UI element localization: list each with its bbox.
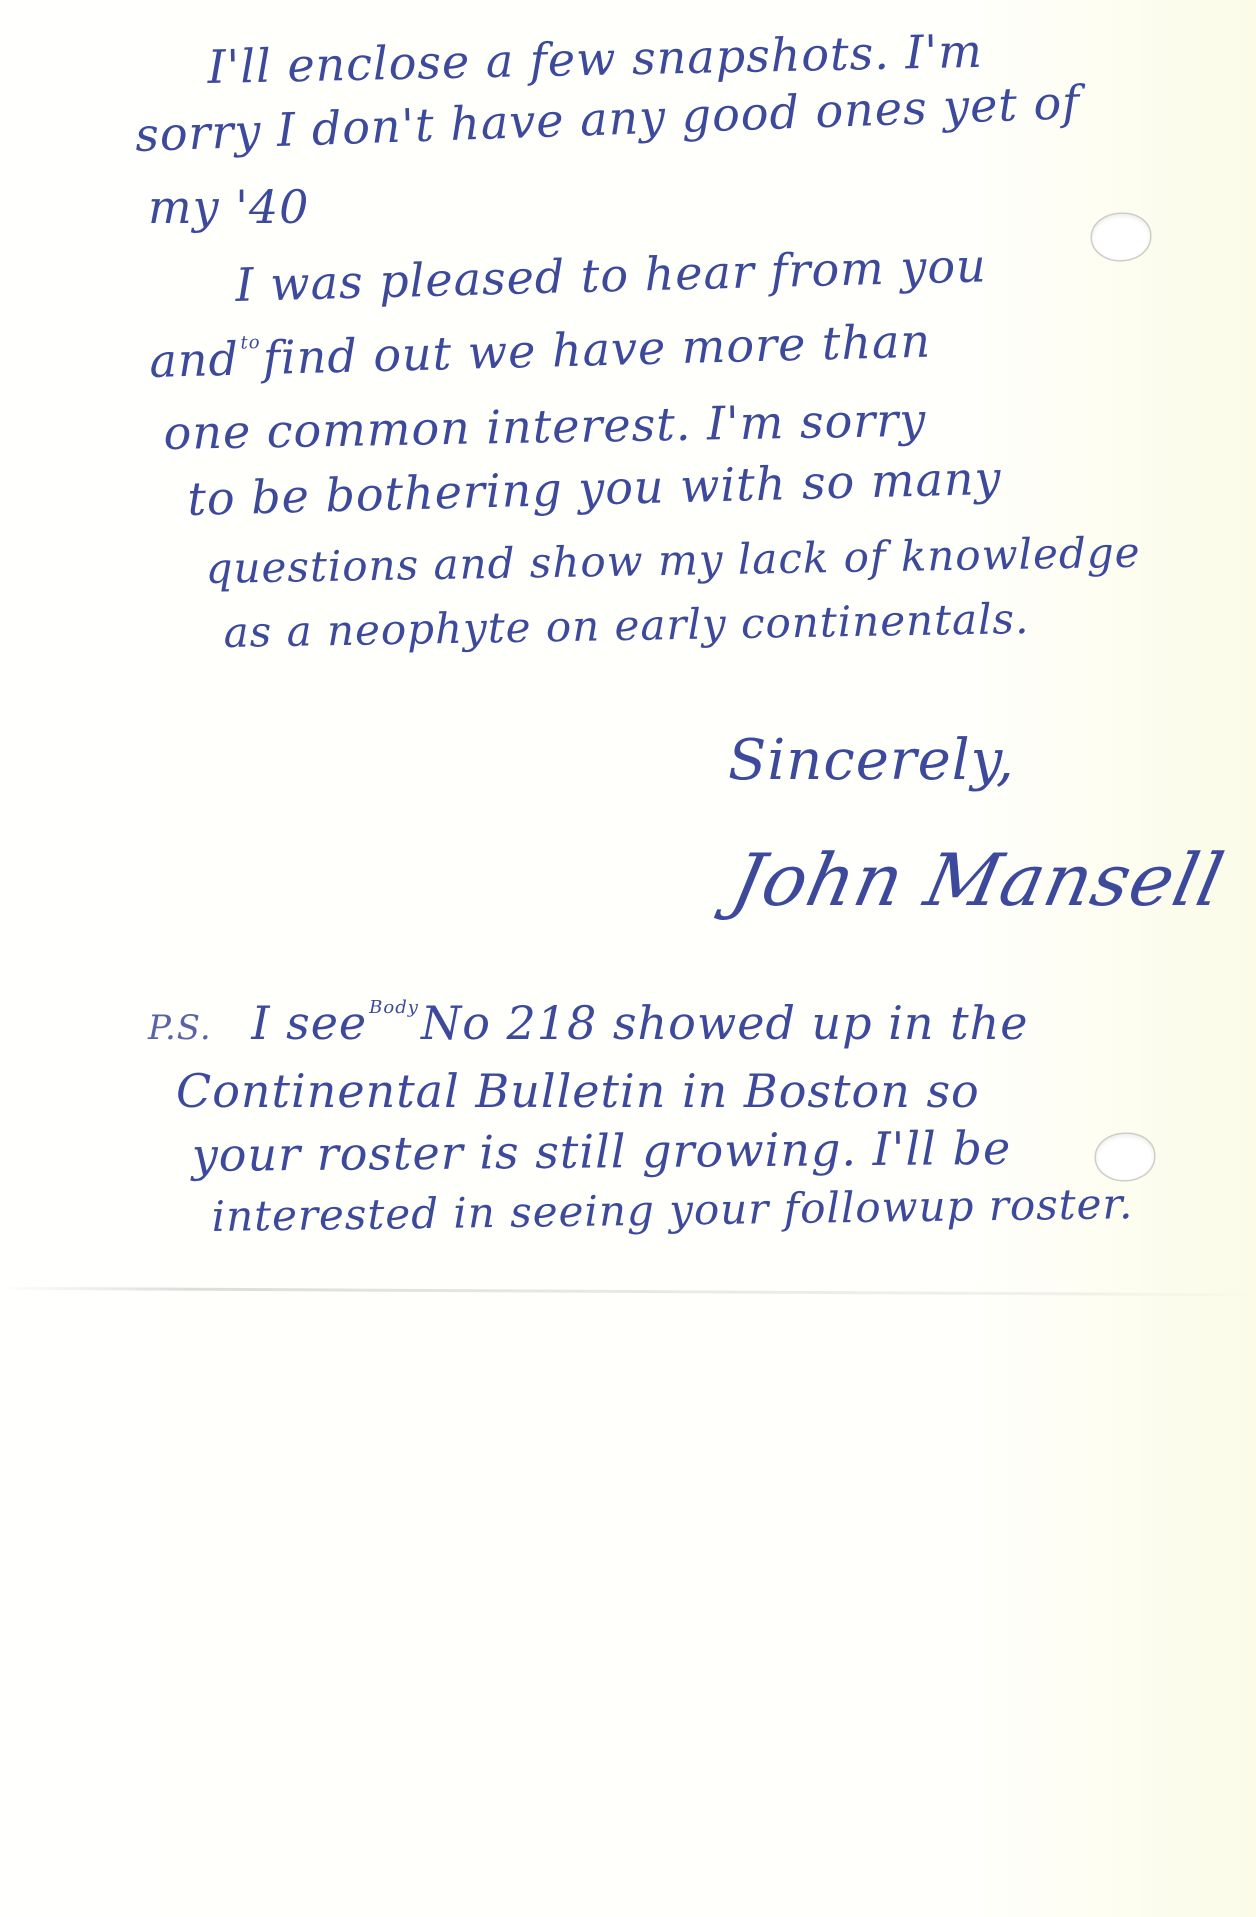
letter-line-1: I'll enclose a few snapshots. I'm	[207, 28, 983, 90]
inserted-word-body: Body	[369, 997, 419, 1018]
letter-line-7: to be bothering you with so many	[187, 455, 1002, 522]
postscript-line-4: interested in seeing your followup roste…	[211, 1183, 1133, 1238]
postscript-line-2: Continental Bulletin in Boston so	[176, 1068, 980, 1114]
signature: John Mansell	[725, 838, 1231, 922]
letter-line-3: my '40	[148, 184, 309, 230]
punch-hole-bottom	[1096, 1134, 1154, 1180]
letter-line-5-start: and	[149, 332, 240, 388]
letter-page: I'll enclose a few snapshots. I'm sorry …	[0, 0, 1256, 1917]
letter-line-5-end: find out we have more than	[262, 314, 931, 385]
letter-line-8: questions and show my lack of knowledge	[205, 532, 1141, 590]
letter-line-9: as a neophyte on early continentals.	[223, 598, 1029, 654]
postscript-line-1: P.S. I seeBodyNo 218 showed up in the	[148, 1000, 1029, 1046]
letter-line-6: one common interest. I'm sorry	[163, 397, 926, 456]
postscript-line-1-start: I see	[251, 996, 367, 1050]
postscript-line-3: your roster is still growing. I'll be	[192, 1125, 1012, 1178]
punch-hole-top	[1092, 214, 1150, 260]
postscript-label: P.S.	[148, 1008, 212, 1048]
paper-fold-crease	[0, 1287, 1256, 1297]
letter-line-5: andtofind out we have more than	[149, 318, 932, 384]
letter-line-4: I was pleased to hear from you	[235, 242, 987, 308]
inserted-word-to: to	[240, 332, 261, 354]
postscript-line-1-end: No 218 showed up in the	[421, 996, 1029, 1050]
letter-closing: Sincerely,	[728, 728, 1015, 793]
